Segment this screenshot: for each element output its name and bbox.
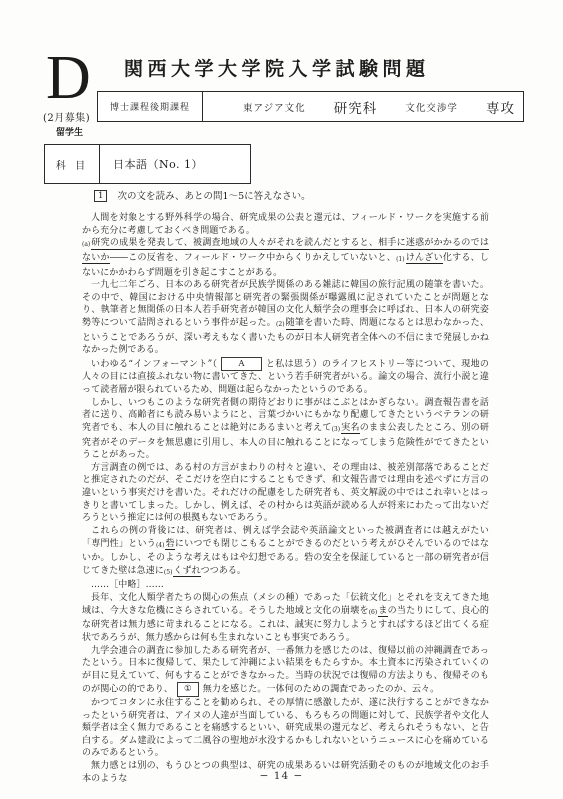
- fill-in-box: A: [221, 357, 261, 372]
- graduate-school-name: 東アジア文化: [243, 100, 306, 114]
- paragraph: 一九七二年ごろ、日本のある研究者が民族学関係のある雑誌に韓国の旅行記風の随筆を書…: [82, 279, 489, 357]
- student-type-label: 留学生: [56, 125, 83, 138]
- exam-page: D (2月募集) 留学生 関西大学大学院入学試験問題 博士課程後期課程 東アジア…: [0, 0, 563, 799]
- question-number: 1: [94, 190, 107, 202]
- subject-value: 日本語（No. 1）: [100, 145, 250, 183]
- passage-text: ……［中略］……: [91, 580, 164, 590]
- paragraph: (a)研究の成果を発表して、被調査地域の人々がそれを読んだとすると、相手に迷惑が…: [82, 237, 489, 279]
- major-suffix: 専攻: [486, 97, 515, 117]
- underlined-text: ま: [378, 606, 387, 618]
- passage-text: いわゆる“インフォーマント”（: [91, 359, 217, 369]
- underline-marker: (a): [82, 241, 90, 248]
- paragraph: これらの例の背後には、研究者は、例えば学会誌や英語論文といった被調査者には越えが…: [82, 525, 489, 580]
- subject-box: 科 目 日本語（No. 1）: [44, 144, 251, 184]
- page-number: − 14 −: [0, 770, 563, 782]
- underlined-text: けんざい: [406, 253, 443, 265]
- paragraph: 方言調査の例では、ある村の方言がまわりの村々と違い、その理由は、被差別部落である…: [82, 462, 489, 525]
- paragraph: 九学会連合の調査に参加したある研究者が、一番無力を感じたのは、復帰以前の沖縄調査…: [82, 645, 489, 697]
- paragraph: かつてコタンに永住することを勧められ、その厚情に感激したが、遂に決行することがで…: [82, 697, 489, 760]
- passage-text: 方言調査の例では、ある村の方言がまわりの村々と違い、その理由は、被差別部落である…: [82, 463, 489, 524]
- underlined-text: 実名: [341, 423, 360, 435]
- underline-marker: (3): [332, 426, 341, 433]
- passage: 人間を対象とする野外科学の場合、研究成果の公表と還元は、フィールド・ワークを実施…: [82, 212, 489, 785]
- underline-marker: (4): [156, 542, 165, 549]
- underline-marker: (5): [164, 569, 173, 576]
- paragraph: いわゆる“インフォーマント”（Aと私は思う）のライフヒストリー等について、現地の…: [82, 357, 489, 397]
- program-letter: D: [46, 47, 91, 109]
- passage-text: 無力を感じた。一体何のための調査であったのか、云々。: [203, 685, 440, 695]
- recruitment-label: (2月募集): [43, 109, 90, 124]
- paragraph: 長年、文化人類学者たちの関心の焦点（メシの種）であった「伝統文化」とそれを支えて…: [82, 592, 489, 645]
- program-cell: 東アジア文化 研究科 文化交渉学 専攻: [203, 92, 523, 121]
- page-title: 関西大学大学院入学試験問題: [124, 54, 430, 81]
- program-table: 博士課程後期課程 東アジア文化 研究科 文化交渉学 専攻: [97, 91, 524, 122]
- question-header: 1 次の文を読み、あとの問1～5に答えなさい。: [94, 188, 311, 202]
- passage-text: 人間を対象とする野外科学の場合、研究成果の公表と還元は、フィールド・ワークを実施…: [82, 213, 489, 236]
- question-instruction: 次の文を読み、あとの問1～5に答えなさい。: [117, 191, 310, 202]
- underlined-text: 随筆: [286, 318, 305, 330]
- paragraph: しかし、いつもこのような研究者側の期待どおりに事がはこぶとはかぎらない。調査報告…: [82, 397, 489, 462]
- course-cell: 博士課程後期課程: [98, 92, 203, 121]
- passage-text: つつある。: [201, 566, 247, 576]
- passage-text: かつてコタンに永住することを勧められ、その厚情に感激したが、遂に決行することがで…: [82, 698, 489, 759]
- passage-text: ――この反省を、フィールド・ワーク中からくりかえしていないと、: [110, 253, 396, 263]
- graduate-school-suffix: 研究科: [334, 97, 378, 117]
- paragraph: ……［中略］……: [82, 579, 489, 592]
- major-name: 文化交渉学: [405, 100, 458, 114]
- underlined-text: くずれ: [173, 566, 200, 578]
- fill-in-box: ①: [177, 682, 199, 697]
- paragraph: 人間を対象とする野外科学の場合、研究成果の公表と還元は、フィールド・ワークを実施…: [82, 212, 489, 237]
- subject-label: 科 目: [45, 145, 100, 183]
- underline-marker: (1): [396, 256, 405, 263]
- underlined-text: 砦: [165, 539, 174, 551]
- underline-marker: (6): [369, 609, 378, 616]
- underline-marker: (2): [276, 321, 285, 328]
